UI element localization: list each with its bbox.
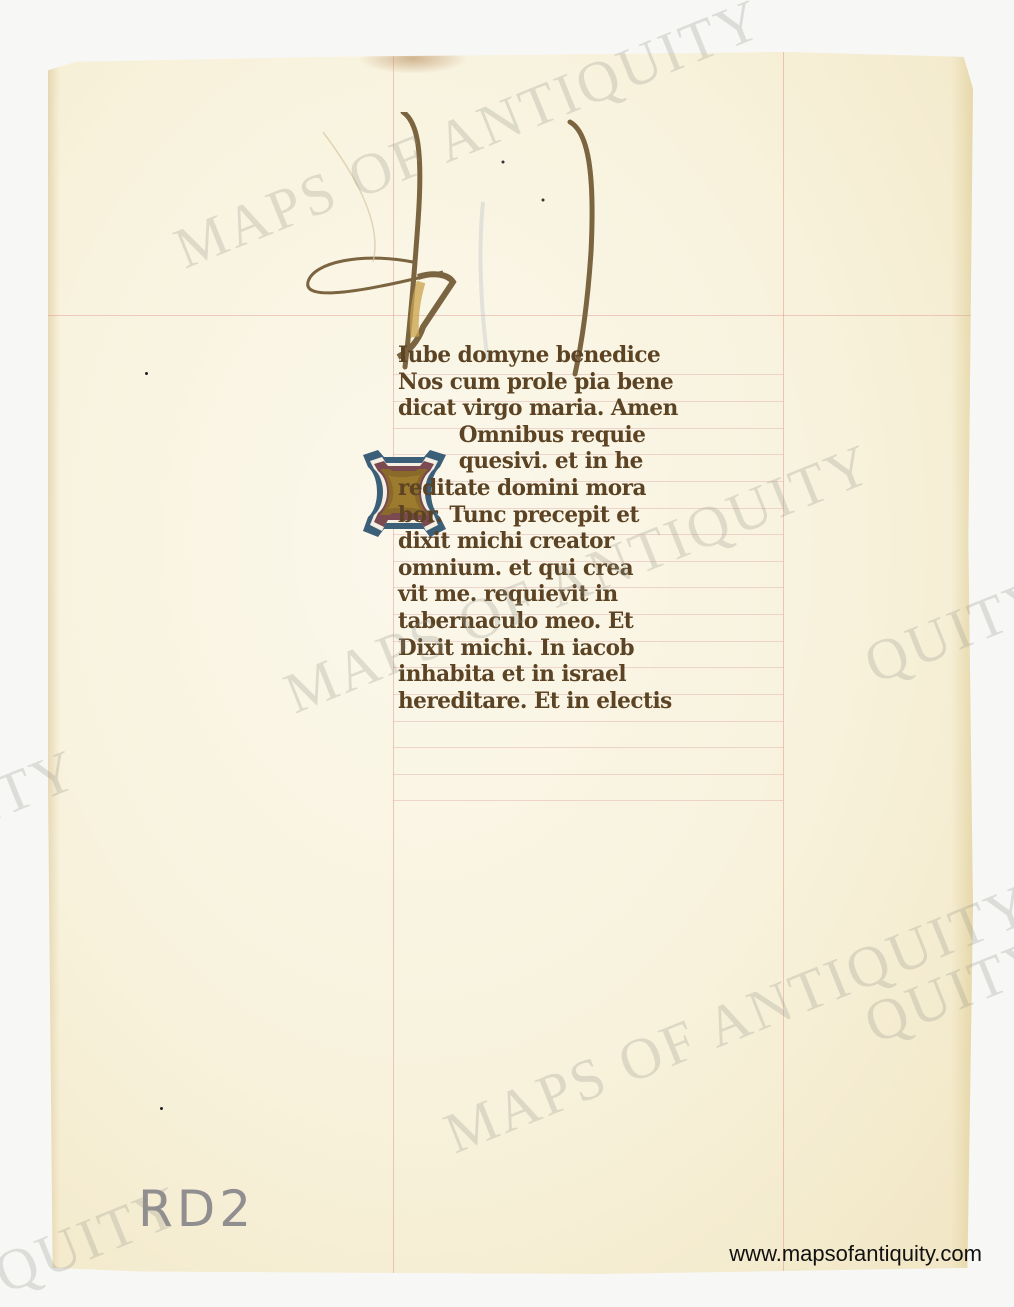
text-line: hereditare. Et in electis (398, 688, 810, 715)
water-stain (358, 52, 468, 74)
text-line: quesivi. et in he (398, 448, 810, 475)
text-line: tabernaculo meo. Et (398, 608, 810, 635)
text-line: bor. Tunc precepit et (398, 502, 810, 529)
text-line: Omnibus requie (398, 422, 810, 449)
text-ruling (393, 774, 783, 775)
text-ruling (393, 747, 783, 748)
text-line: omnium. et qui crea (398, 555, 810, 582)
text-line: dicat virgo maria. Amen (398, 395, 810, 422)
text-line: reditate domini mora (398, 475, 810, 502)
text-line: Dixit michi. In iacob (398, 635, 810, 662)
manuscript-text-block: Iube domyne benedice Nos cum prole pia b… (398, 342, 818, 714)
text-line: inhabita et in israel (398, 661, 810, 688)
page-edge-left (48, 52, 60, 1274)
ink-speck (160, 1107, 163, 1110)
text-ruling (393, 800, 783, 801)
text-line: Nos cum prole pia bene (398, 369, 810, 396)
text-ruling (393, 721, 783, 722)
pencil-inventory-note: RD2 (138, 1180, 255, 1238)
text-line: Iube domyne benedice (398, 342, 810, 369)
page-edge-right (951, 52, 973, 1274)
text-line: dixit michi creator (398, 528, 810, 555)
manuscript-leaf: Iube domyne benedice Nos cum prole pia b… (48, 52, 973, 1274)
ink-speck (145, 372, 148, 375)
text-line: vit me. requievit in (398, 581, 810, 608)
website-url: www.mapsofantiquity.com (729, 1241, 982, 1267)
